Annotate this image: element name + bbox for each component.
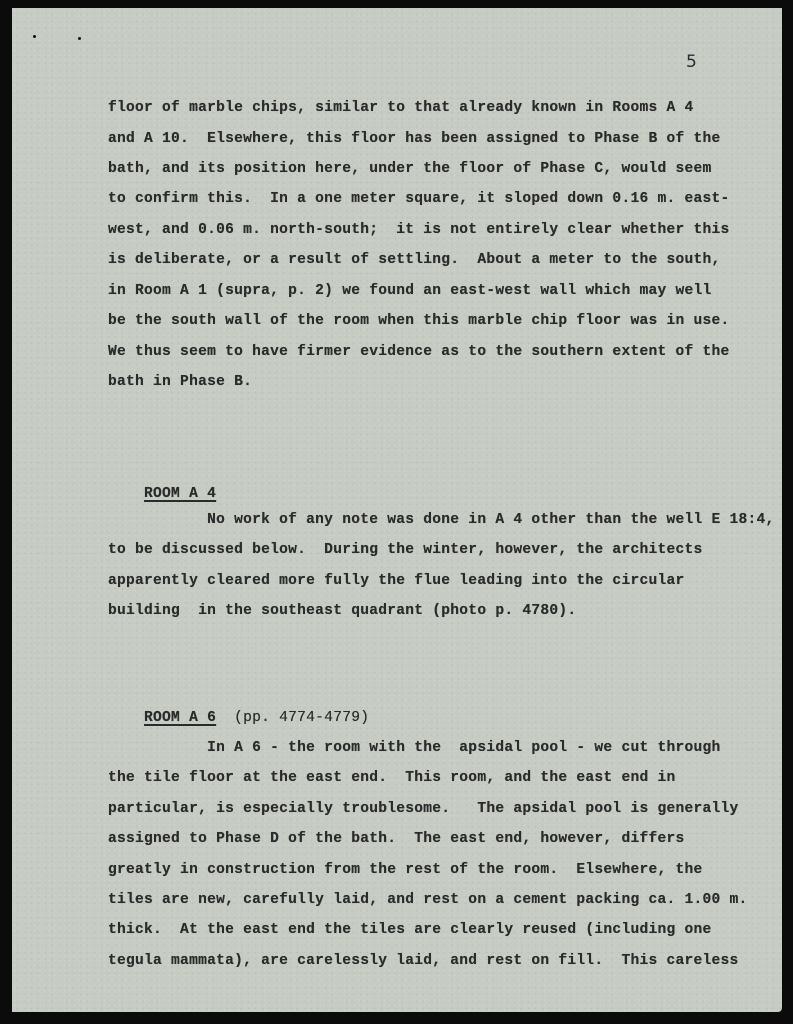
text-line: particular, is especially troublesome. T… [108, 801, 739, 817]
text-line: to be discussed below. During the winter… [108, 542, 703, 558]
section-heading-room-a6: ROOM A 6 (pp. 4774-4779) [108, 694, 369, 742]
text-line: thick. At the east end the tiles are cle… [108, 922, 712, 938]
text-line: building in the southeast quadrant (phot… [108, 603, 576, 619]
text-line: bath, and its position here, under the f… [108, 161, 712, 177]
text-line: be the south wall of the room when this … [108, 313, 730, 329]
text-line: floor of marble chips, similar to that a… [108, 100, 694, 116]
text-line: bath in Phase B. [108, 374, 252, 390]
text-line: assigned to Phase D of the bath. The eas… [108, 831, 685, 847]
text-line: No work of any note was done in A 4 othe… [108, 512, 775, 528]
page-number: 5 [686, 52, 697, 72]
document-page: 5 floor of marble chips, similar to that… [12, 8, 782, 1012]
heading-page-range: (pp. 4774-4779) [234, 710, 369, 726]
text-line: the tile floor at the east end. This roo… [108, 770, 675, 786]
text-line: in Room A 1 (supra, p. 2) we found an ea… [108, 283, 712, 299]
heading-text: ROOM A 4 [144, 486, 216, 502]
text-line: tegula mammata), are carelessly laid, an… [108, 953, 739, 969]
text-line: apparently cleared more fully the flue l… [108, 573, 685, 589]
text-line: greatly in construction from the rest of… [108, 862, 703, 878]
text-line: and A 10. Elsewhere, this floor has been… [108, 131, 721, 147]
paper-speck [78, 37, 81, 40]
heading-text: ROOM A 6 [144, 710, 216, 726]
text-line: is deliberate, or a result of settling. … [108, 252, 721, 268]
text-line: to confirm this. In a one meter square, … [108, 191, 730, 207]
paper-speck [33, 35, 36, 38]
text-line: tiles are new, carefully laid, and rest … [108, 892, 748, 908]
text-line: We thus seem to have firmer evidence as … [108, 344, 730, 360]
text-line: In A 6 - the room with the apsidal pool … [108, 740, 721, 756]
text-line: west, and 0.06 m. north-south; it is not… [108, 222, 730, 238]
section-heading-room-a4: ROOM A 4 [108, 470, 216, 518]
